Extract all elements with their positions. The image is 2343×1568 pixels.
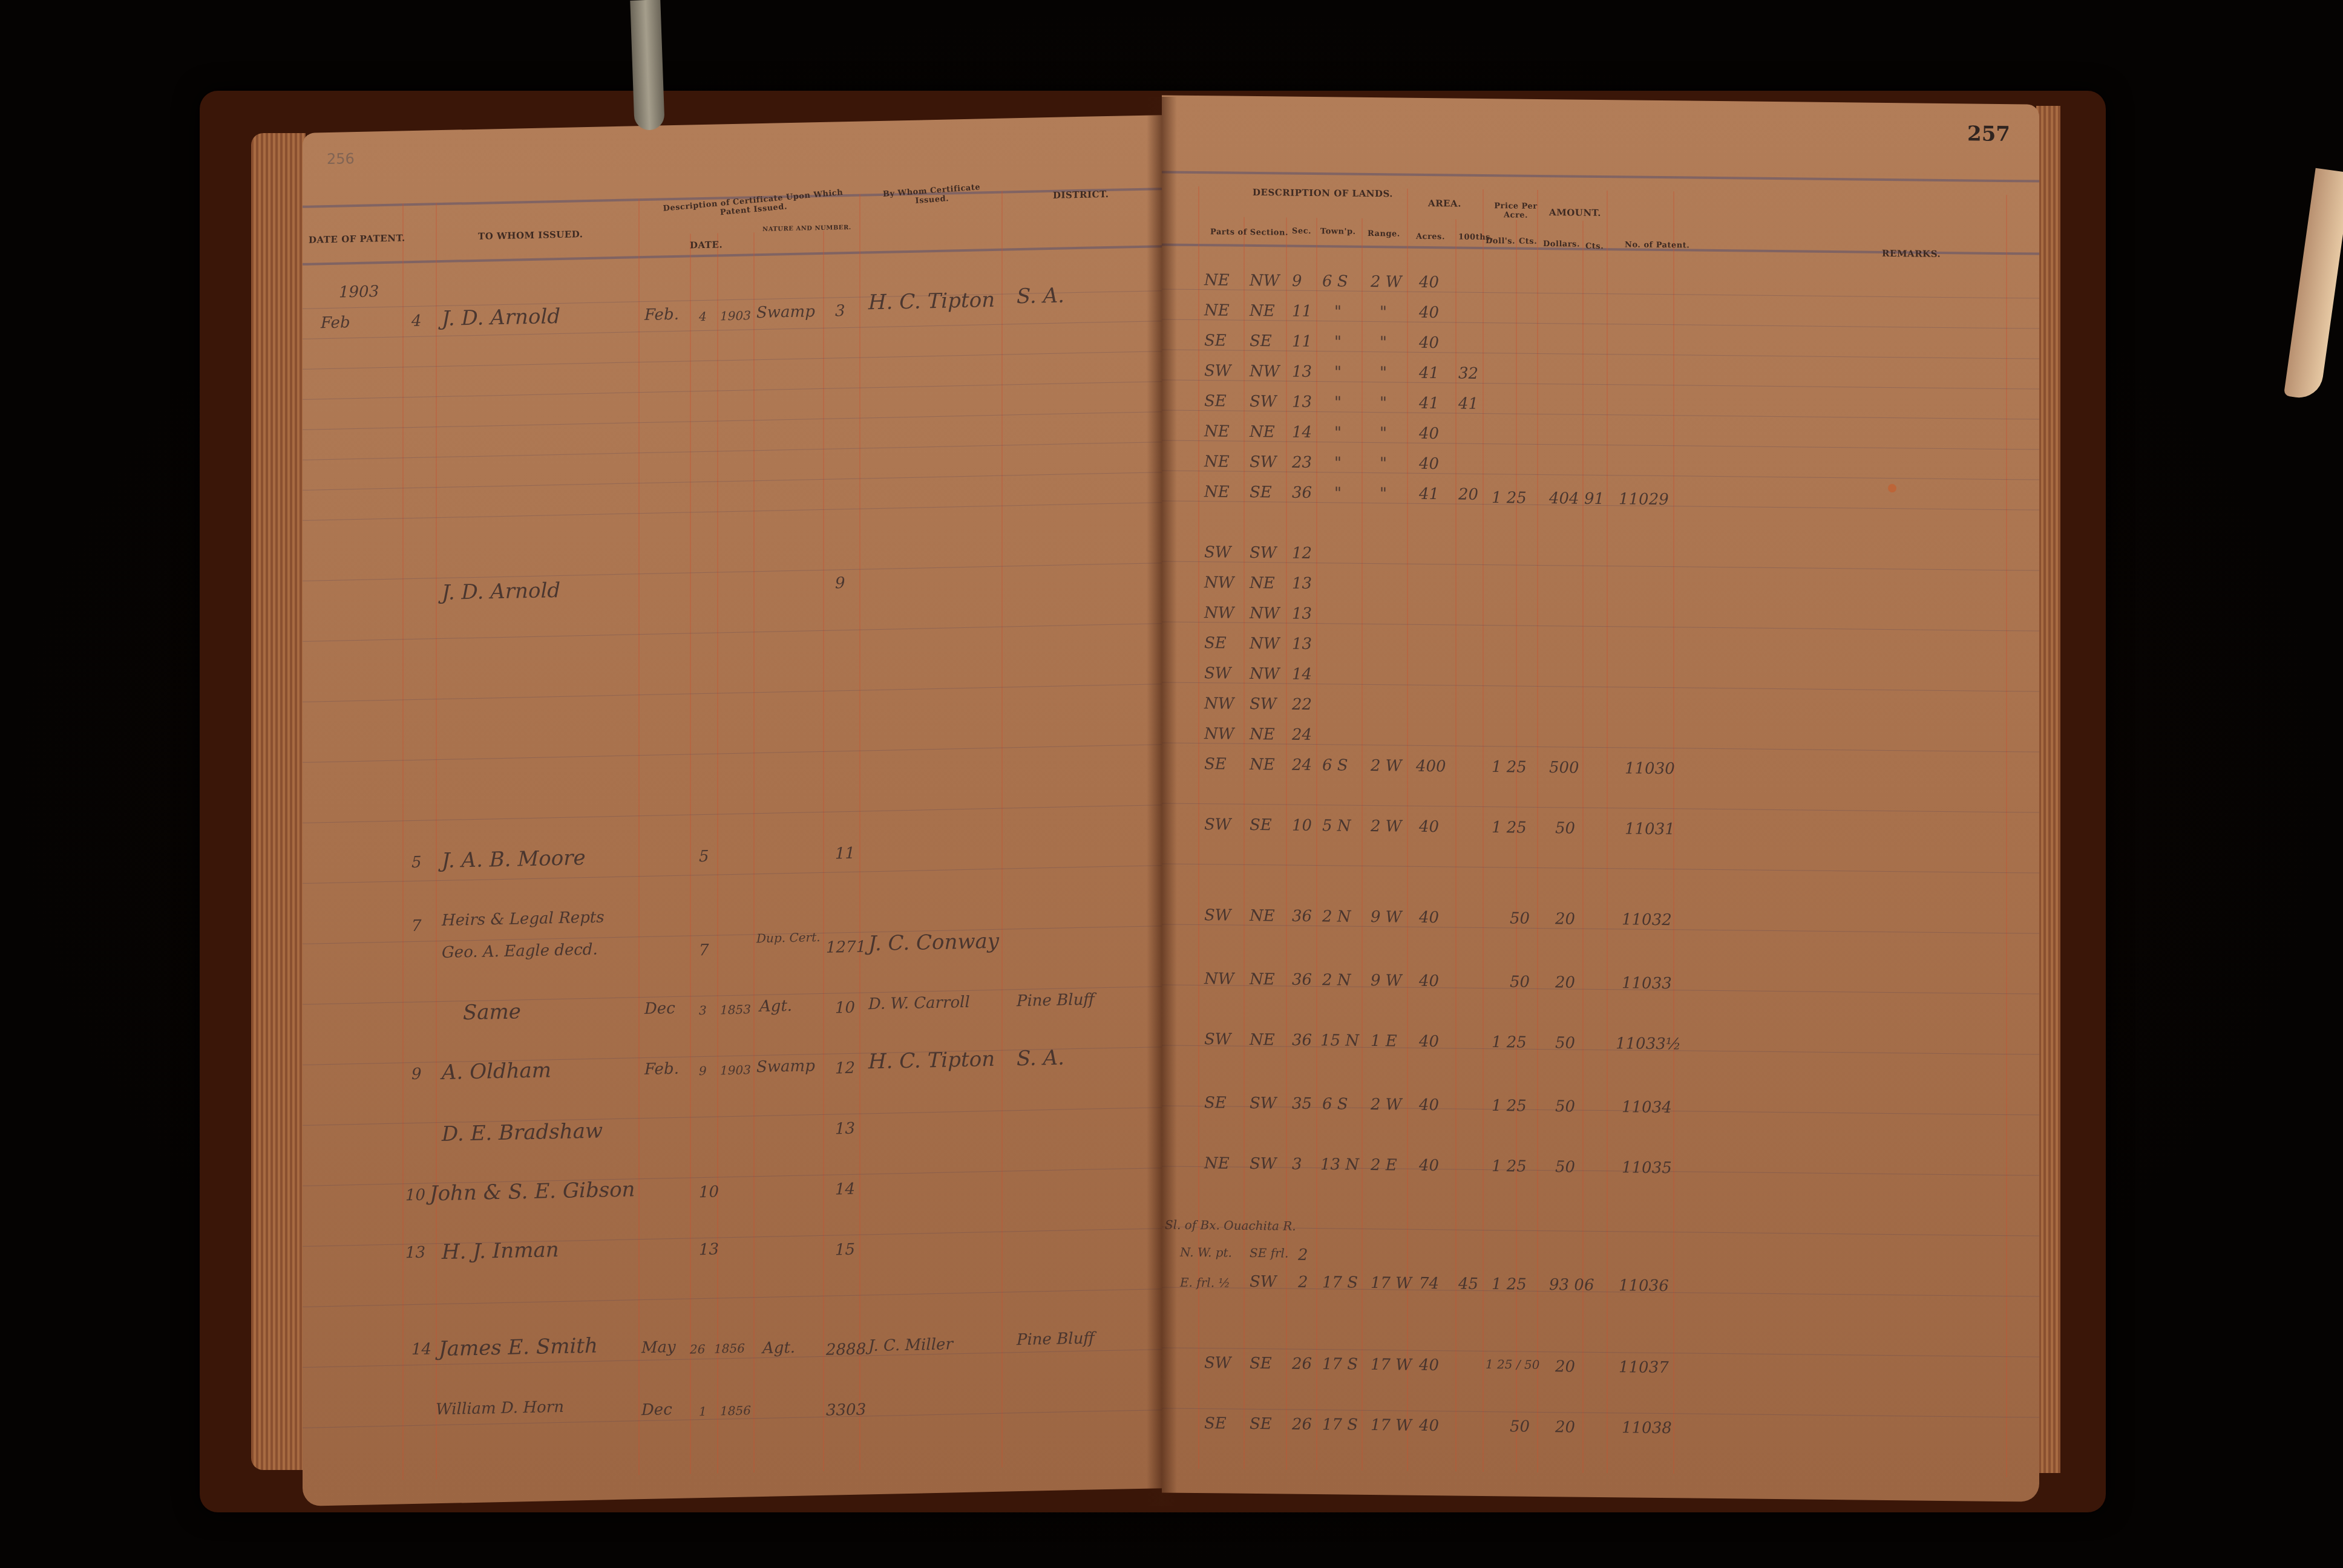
entry-day: 5 <box>411 854 422 872</box>
range: 2 W <box>1371 1096 1402 1114</box>
acres: 400 <box>1416 757 1446 776</box>
patent-number: 11038 <box>1622 1419 1672 1437</box>
row-rule <box>1162 742 2039 752</box>
entry-nature: Swamp <box>756 1057 815 1076</box>
acres: 74 <box>1419 1275 1439 1293</box>
entry-cert-year: 1853 <box>720 1002 751 1017</box>
row-rule <box>303 684 1162 702</box>
entry-by-whom: H. C. Tipton <box>868 288 995 315</box>
entry-name: D. E. Bradshaw <box>442 1119 603 1146</box>
col-divider <box>436 203 437 1479</box>
part-of-section-2: NE <box>1250 725 1275 743</box>
range: 17 W <box>1371 1416 1412 1435</box>
header-range: Range. <box>1368 229 1400 239</box>
price-per-acre: 50 <box>1510 973 1530 991</box>
header-parts-of-section: Parts of Section. <box>1210 227 1288 237</box>
patent-number: 11037 <box>1619 1358 1669 1377</box>
col-divider <box>717 233 718 1473</box>
township: " <box>1334 393 1342 411</box>
part-of-section-1: NE <box>1204 1154 1230 1172</box>
price-per-acre: 1 25 / 50 <box>1486 1357 1539 1372</box>
header-rule-bottom <box>303 245 1162 266</box>
part-of-section-2: NW <box>1250 362 1279 381</box>
township: 6 S <box>1322 272 1348 290</box>
header-cert-date: DATE. <box>690 239 723 250</box>
row-rule <box>1162 621 2039 631</box>
range: 2 W <box>1371 273 1402 292</box>
entry-cert-year: 1903 <box>720 1062 751 1077</box>
acres: 40 <box>1419 273 1439 292</box>
header-by-whom: By Whom Certificate Issued. <box>868 181 995 209</box>
section: 9 <box>1292 272 1302 290</box>
entry-name: A. Oldham <box>442 1058 551 1085</box>
land-row: SW NE 36 15 N 1 E 40 1 25 50 11033½ <box>1162 1030 2039 1039</box>
col-divider <box>753 232 755 1472</box>
land-row: NE NW 9 6 S 2 W 40 <box>1162 270 2039 279</box>
header-description-of-lands: DESCRIPTION OF LANDS. <box>1253 187 1393 199</box>
land-row: SW NE 36 2 N 9 W 40 50 20 11032 <box>1162 906 2039 915</box>
land-row: N. W. pt. SE frl. 2 <box>1162 1244 2039 1253</box>
part-of-section-2: SW <box>1250 1155 1277 1173</box>
acres: 40 <box>1419 1356 1439 1374</box>
part-of-section-1: SW <box>1204 1354 1231 1372</box>
patent-number: 11034 <box>1622 1098 1672 1117</box>
patent-number: 11032 <box>1622 910 1672 929</box>
section: 13 <box>1292 363 1312 381</box>
row-rule <box>1162 561 2039 570</box>
entry-cert-month: May <box>641 1338 676 1357</box>
part-of-section-1: SE <box>1204 1094 1227 1112</box>
section: 36 <box>1292 1031 1312 1050</box>
section: 26 <box>1292 1355 1312 1373</box>
range: " <box>1380 485 1387 503</box>
township: " <box>1334 302 1342 321</box>
land-row: NW NE 36 2 N 9 W 40 50 20 11033 <box>1162 969 2039 978</box>
acres-hundredths: 32 <box>1458 365 1478 383</box>
township: 17 S <box>1322 1355 1358 1374</box>
entry-cert-day: 5 <box>699 848 709 866</box>
header-acres: Acres. <box>1416 232 1445 242</box>
row-rule <box>1162 924 2039 933</box>
metal-bookmark <box>630 0 664 131</box>
header-area: AREA. <box>1428 198 1461 209</box>
entry-district: S. A. <box>1017 1045 1064 1071</box>
acres-hundredths: 41 <box>1458 395 1478 413</box>
row-rule <box>303 321 1162 339</box>
row-rule <box>303 502 1162 521</box>
acres: 40 <box>1419 304 1439 322</box>
left-page-pencil-number: 256 <box>327 150 355 168</box>
range: " <box>1380 424 1387 442</box>
entry-day: 10 <box>405 1186 425 1205</box>
amount: 500 <box>1549 759 1579 777</box>
row-rule <box>303 1228 1162 1247</box>
township: 5 N <box>1322 817 1351 835</box>
part-of-section-2: NE <box>1250 302 1275 320</box>
header-amount: AMOUNT. <box>1549 207 1601 218</box>
page-number: 257 <box>1967 122 2010 146</box>
section: 13 <box>1292 605 1312 623</box>
row-rule <box>303 1107 1162 1126</box>
entry-cert-day: 9 <box>699 1063 707 1078</box>
part-of-section-1: SE <box>1204 755 1227 773</box>
part-of-section-1: NE <box>1204 271 1230 289</box>
row-rule <box>1162 410 2039 419</box>
land-row: NE SE 36 " " 41 20 1 25 404 91 11029 <box>1162 482 2039 491</box>
row-rule <box>303 623 1162 642</box>
part-of-section-2: NE <box>1250 423 1275 441</box>
range: 9 W <box>1371 972 1402 990</box>
land-row: SW SW 12 <box>1162 543 2039 552</box>
land-row: E. frl. ½ SW 2 17 S 17 W 74 45 1 25 93 0… <box>1162 1272 2039 1281</box>
entry-number: 11 <box>835 844 855 863</box>
col-divider <box>1607 191 1608 1473</box>
price-per-acre: 50 <box>1510 909 1530 927</box>
part-of-section-2: SE <box>1250 1354 1272 1373</box>
acres: 40 <box>1419 334 1439 352</box>
part-of-section-2: NW <box>1250 272 1279 290</box>
acres: 40 <box>1419 1157 1439 1175</box>
part-of-section-2: NE <box>1250 907 1275 925</box>
entry-by-whom: J. C. Miller <box>868 1335 953 1355</box>
part-of-section-2: SE <box>1250 332 1272 350</box>
entry-nature: Agt. <box>762 1339 795 1357</box>
entry-number: 1271 <box>826 938 866 956</box>
col-divider <box>1286 218 1287 1470</box>
land-row: SE NW 13 <box>1162 633 2039 642</box>
amount: 93 06 <box>1549 1276 1594 1295</box>
part-of-section-1: SW <box>1204 1030 1231 1048</box>
row-rule <box>303 563 1162 581</box>
header-to-whom-issued: TO WHOM ISSUED. <box>478 229 583 242</box>
part-of-section-1: SE <box>1204 332 1227 350</box>
land-row: NW NW 13 <box>1162 603 2039 612</box>
land-row: SW NW 14 <box>1162 664 2039 673</box>
township: " <box>1334 484 1342 502</box>
part-of-section-1: SE <box>1204 1414 1227 1432</box>
col-divider <box>1362 218 1363 1471</box>
acres-hundredths: 45 <box>1458 1275 1478 1293</box>
amount: 50 <box>1555 1034 1575 1052</box>
price-per-acre: 1 25 <box>1492 1157 1527 1176</box>
entry-name-line2: Geo. A. Eagle decd. <box>442 941 598 962</box>
entry-district: Pine Bluff <box>1017 990 1095 1010</box>
range: " <box>1380 394 1387 412</box>
row-rule <box>1162 470 2039 480</box>
section: 11 <box>1292 333 1312 351</box>
entry-by-whom: H. C. Tipton <box>868 1047 995 1074</box>
price-per-acre: 1 25 <box>1492 489 1527 508</box>
range: 2 W <box>1371 757 1402 776</box>
township: 17 S <box>1322 1416 1358 1434</box>
patent-number: 11036 <box>1619 1276 1669 1295</box>
land-row: NW SW 22 <box>1162 694 2039 703</box>
section: 14 <box>1292 423 1312 442</box>
township: " <box>1334 423 1342 442</box>
entry-cert-year: 1856 <box>720 1403 751 1418</box>
header-cts: Cts. <box>1519 237 1537 246</box>
header-rule-top <box>1162 171 2039 182</box>
entry-name: J. D. Arnold <box>442 304 560 331</box>
part-of-section-1: SW <box>1204 543 1231 561</box>
range: " <box>1380 364 1387 382</box>
acres: 40 <box>1419 818 1439 836</box>
entry-cert-month: Dec <box>641 1400 672 1419</box>
paper-stain <box>1888 484 1896 492</box>
col-divider <box>1455 219 1457 1471</box>
entry-name-line1: Heirs & Legal Repts <box>442 908 605 930</box>
township: 2 N <box>1322 907 1351 926</box>
range: " <box>1380 303 1387 321</box>
entry-cert-month: Feb. <box>644 305 679 324</box>
entry-number: 14 <box>835 1180 855 1199</box>
entry-nature: Dup. Cert. <box>756 930 821 946</box>
part-of-section-2: SE <box>1250 816 1272 834</box>
part-of-section-1: NE <box>1204 483 1230 501</box>
land-row: NE SW 23 " " 40 <box>1162 452 2039 461</box>
land-row: SW NW 13 " " 41 32 <box>1162 361 2039 370</box>
amount: 50 <box>1555 1097 1575 1116</box>
entry-district: S. A. <box>1017 283 1064 309</box>
row-rule <box>303 411 1162 430</box>
township: " <box>1334 363 1342 381</box>
range: 9 W <box>1371 908 1402 927</box>
township: 17 S <box>1322 1273 1358 1292</box>
township: 6 S <box>1322 1095 1348 1113</box>
part-of-section-2: SW <box>1250 695 1277 713</box>
entry-cert-year: 1903 <box>720 308 751 323</box>
entry-by-whom: D. W. Carroll <box>868 993 970 1014</box>
range: " <box>1380 333 1387 351</box>
header-price-per-acre: Price Per Acre. <box>1492 201 1540 220</box>
acres: 40 <box>1419 972 1439 990</box>
row-rule <box>1162 440 2039 449</box>
row-rule <box>1162 863 2039 873</box>
price-per-acre: 1 25 <box>1492 1097 1527 1116</box>
entry-district: Pine Bluff <box>1017 1329 1095 1349</box>
entry-name: J. A. B. Moore <box>442 846 586 873</box>
book-gutter <box>1147 97 1177 1506</box>
section: 23 <box>1292 454 1312 472</box>
header-sec: Sec. <box>1292 227 1311 236</box>
land-row: NE NE 11 " " 40 <box>1162 301 2039 310</box>
township: 15 N <box>1320 1031 1359 1050</box>
section: 3 <box>1292 1155 1302 1174</box>
township: 6 S <box>1322 756 1348 774</box>
entry-number: 12 <box>835 1059 855 1078</box>
entry-cert-day: 13 <box>699 1240 719 1259</box>
col-divider <box>823 231 824 1471</box>
row-rule <box>303 472 1162 491</box>
entry-number: 10 <box>835 999 855 1018</box>
part-of-section-1: N. W. pt. <box>1180 1245 1232 1260</box>
land-row: SE SE 11 " " 40 <box>1162 331 2039 340</box>
land-note: Sl. of Bx. Ouachita R. <box>1162 1217 2039 1226</box>
entry-by-whom: J. C. Conway <box>868 929 999 956</box>
part-of-section-2: NE <box>1250 756 1275 774</box>
row-rule <box>1162 803 2039 812</box>
price-per-acre: 50 <box>1510 1417 1530 1436</box>
entry-cert-day: 1 <box>699 1404 707 1419</box>
row-rule <box>303 865 1162 884</box>
land-row: SE SW 13 " " 41 41 <box>1162 391 2039 400</box>
row-rule <box>1162 289 2039 298</box>
part-of-section-1: NE <box>1204 301 1230 319</box>
part-of-section-2: SW <box>1250 1273 1277 1291</box>
acres: 40 <box>1419 425 1439 443</box>
part-of-section-2: SE <box>1250 1415 1272 1433</box>
entry-cert-day: 26 <box>690 1342 705 1357</box>
col-divider <box>859 194 860 1471</box>
part-of-section-2: NW <box>1250 635 1279 653</box>
section: 13 <box>1292 393 1312 411</box>
entry-nature: Agt. <box>759 997 792 1016</box>
part-of-section-1: SW <box>1204 362 1231 380</box>
section: 14 <box>1292 665 1312 684</box>
entry-name: Same <box>463 999 521 1025</box>
section: 26 <box>1292 1416 1312 1434</box>
col-divider <box>1316 218 1317 1470</box>
range: 2 E <box>1371 1156 1397 1174</box>
section: 24 <box>1292 756 1312 774</box>
acres: 40 <box>1419 909 1439 927</box>
entry-day: 7 <box>411 917 422 935</box>
part-of-section-2: NE <box>1250 574 1275 592</box>
entry-name: William D. Horn <box>436 1398 564 1419</box>
header-dollars-short: Doll's. <box>1486 237 1515 246</box>
entry-number: 15 <box>835 1241 855 1259</box>
land-row: SE SW 35 6 S 2 W 40 1 25 50 11034 <box>1162 1093 2039 1102</box>
row-rule <box>303 1289 1162 1307</box>
acres: 41 <box>1419 485 1439 503</box>
entry-cert-day: 4 <box>699 309 707 324</box>
row-rule <box>1162 319 2039 328</box>
acres: 40 <box>1419 1033 1439 1051</box>
part-of-section-1: E. frl. ½ <box>1180 1275 1230 1290</box>
acres: 41 <box>1419 394 1439 413</box>
part-of-section-2: NE <box>1250 1031 1275 1049</box>
entry-cert-month: Dec <box>644 999 675 1018</box>
section: 35 <box>1292 1095 1312 1113</box>
col-divider <box>2006 195 2007 1477</box>
price-per-acre: 1 25 <box>1492 818 1527 837</box>
section: 13 <box>1292 635 1312 653</box>
entry-number: 3 <box>835 302 845 320</box>
entry-number: 13 <box>835 1120 855 1138</box>
amount: 404 91 <box>1549 489 1604 508</box>
part-of-section-2: SW <box>1250 544 1277 562</box>
entry-day: 9 <box>411 1065 422 1083</box>
part-of-section-1: NW <box>1204 970 1234 988</box>
col-divider <box>1537 190 1538 1472</box>
entry-name: J. D. Arnold <box>442 578 560 605</box>
entry-name: H. J. Inman <box>442 1238 559 1264</box>
acres: 40 <box>1419 455 1439 473</box>
col-divider <box>690 234 691 1474</box>
land-note-text: Sl. of Bx. Ouachita R. <box>1165 1217 1296 1233</box>
col-divider <box>1483 189 1484 1472</box>
col-divider <box>1244 217 1245 1469</box>
section: 36 <box>1292 484 1312 502</box>
part-of-section-2: SW <box>1250 453 1277 471</box>
patent-number: 11031 <box>1625 820 1675 838</box>
part-of-section-1: SW <box>1204 815 1231 834</box>
entry-number: 3303 <box>826 1400 866 1419</box>
section: 24 <box>1292 726 1312 744</box>
col-divider <box>1001 191 1003 1468</box>
entry-year: 1903 <box>339 283 379 301</box>
acres: 40 <box>1419 1417 1439 1435</box>
patent-number: 11029 <box>1619 490 1669 509</box>
section: 36 <box>1292 907 1312 926</box>
header-date-of-patent: DATE OF PATENT. <box>309 232 405 245</box>
header-nature-number: NATURE AND NUMBER. <box>762 224 851 233</box>
entry-month: Feb <box>321 313 350 332</box>
range: " <box>1380 454 1387 472</box>
amount: 50 <box>1555 819 1575 837</box>
land-row: SE NE 24 6 S 2 W 400 1 25 500 11030 <box>1162 754 2039 763</box>
row-rule <box>1162 349 2039 359</box>
price-per-acre: 1 25 <box>1492 758 1527 777</box>
part-of-section-2: SE frl. <box>1250 1246 1288 1261</box>
section: 13 <box>1292 575 1312 593</box>
range: 1 E <box>1371 1032 1397 1050</box>
right-page: 257 DESCRIPTION OF LANDS. Parts of Secti… <box>1162 95 2039 1501</box>
part-of-section-1: SW <box>1204 664 1231 682</box>
part-of-section-1: NW <box>1204 694 1234 713</box>
row-rule <box>303 805 1162 823</box>
row-rule <box>1162 682 2039 691</box>
land-row: NW NE 13 <box>1162 573 2039 582</box>
land-row: NE NE 14 " " 40 <box>1162 422 2039 431</box>
price-per-acre: 1 25 <box>1492 1275 1527 1294</box>
amount: 50 <box>1555 1158 1575 1176</box>
part-of-section-1: SE <box>1204 634 1227 652</box>
township: 2 N <box>1322 971 1351 989</box>
header-district: DISTRICT. <box>1053 189 1109 201</box>
amount: 20 <box>1555 910 1575 928</box>
row-rule <box>1162 1287 2039 1296</box>
entry-name: James E. Smith <box>439 1334 598 1362</box>
header-township: Town'p. <box>1320 227 1356 237</box>
patent-number: 11033½ <box>1616 1034 1681 1053</box>
part-of-section-1: NW <box>1204 604 1234 622</box>
header-dollars: Dollars. <box>1543 240 1580 249</box>
acres-hundredths: 20 <box>1458 486 1478 504</box>
right-page-edges <box>2036 106 2060 1473</box>
header-remarks: REMARKS. <box>1882 248 1941 260</box>
amount: 20 <box>1555 1418 1575 1436</box>
col-divider <box>638 198 640 1475</box>
entry-cert-year: 1856 <box>714 1341 745 1356</box>
row-rule <box>303 744 1162 763</box>
land-row: NE SW 3 13 N 2 E 40 1 25 50 11035 <box>1162 1154 2039 1163</box>
left-page-edges <box>251 133 306 1470</box>
part-of-section-2: NE <box>1250 970 1275 988</box>
patent-number: 11033 <box>1622 974 1672 993</box>
part-of-section-1: NW <box>1204 573 1234 592</box>
township: " <box>1334 333 1342 351</box>
entry-number: 9 <box>835 574 845 592</box>
row-rule <box>303 381 1162 400</box>
section: 10 <box>1292 817 1312 835</box>
patent-number: 11030 <box>1625 759 1675 778</box>
range: 17 W <box>1371 1274 1412 1293</box>
section: 12 <box>1292 544 1312 563</box>
part-of-section-1: SW <box>1204 906 1231 924</box>
part-of-section-2: SW <box>1250 393 1277 411</box>
part-of-section-1: NW <box>1204 725 1234 743</box>
